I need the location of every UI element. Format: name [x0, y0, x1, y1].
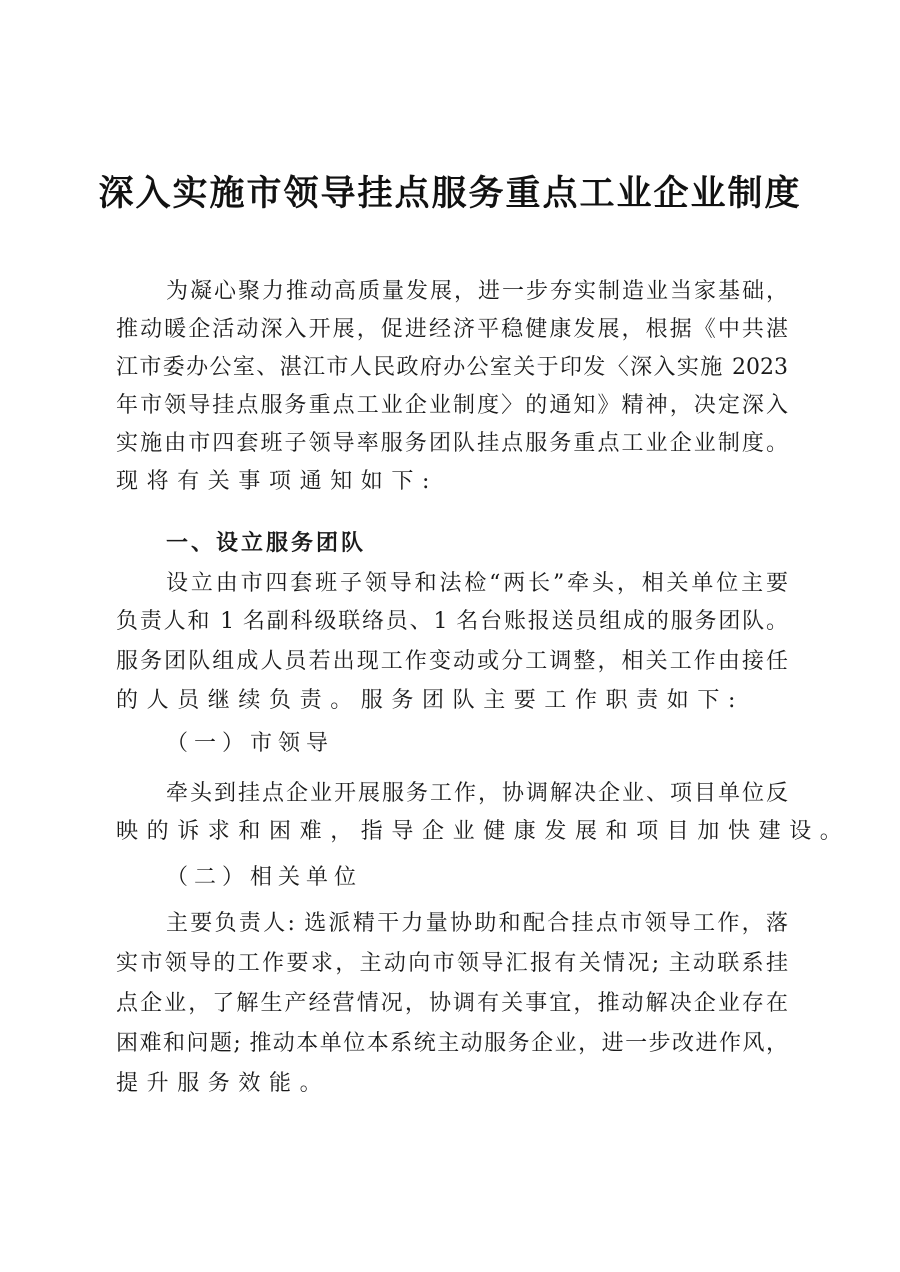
paragraph-4-line-2: 实市领导的工作要求，主动向市领导汇报有关情况; 主动联系挂	[116, 946, 788, 982]
section-heading-1: 一、设立服务团队	[166, 526, 788, 562]
paragraph-1-line-1: 为凝心聚力推动高质量发展，进一步夯实制造业当家基础，	[166, 274, 788, 310]
paragraph-4-line-3: 点企业，了解生产经营情况，协调有关事宜，推动解决企业存在	[116, 986, 788, 1022]
paragraph-2-line-3: 服务团队组成人员若出现工作变动或分工调整，相关工作由接任	[116, 644, 788, 680]
subsection-heading-2: （二）相关单位	[166, 860, 788, 896]
paragraph-4-line-5: 提升服务效能。	[116, 1066, 788, 1102]
document-title: 深入实施市领导挂点服务重点工业企业制度	[0, 166, 900, 216]
paragraph-4-line-1: 主要负责人: 选派精干力量协助和配合挂点市领导工作，落	[166, 906, 788, 942]
paragraph-2-line-2: 负责人和 1 名副科级联络员、1 名台账报送员组成的服务团队。	[116, 604, 788, 640]
document-page: 深入实施市领导挂点服务重点工业企业制度 为凝心聚力推动高质量发展，进一步夯实制造…	[0, 0, 900, 1272]
paragraph-4-line-4: 困难和问题; 推动本单位本系统主动服务企业，进一步改进作风，	[116, 1026, 788, 1062]
paragraph-3-line-2: 映的诉求和困难，指导企业健康发展和项目加快建设。	[116, 814, 788, 850]
subsection-heading-1: （一）市领导	[166, 726, 788, 762]
paragraph-2-line-1: 设立由市四套班子领导和法检“两长”牵头，相关单位主要	[166, 566, 788, 602]
paragraph-3-line-1: 牵头到挂点企业开展服务工作，协调解决企业、项目单位反	[166, 776, 788, 812]
paragraph-1-line-6: 现将有关事项通知如下:	[116, 464, 788, 500]
paragraph-1-line-4: 年市领导挂点服务重点工业企业制度〉的通知》精神，决定深入	[116, 388, 788, 424]
paragraph-1-line-5: 实施由市四套班子领导率服务团队挂点服务重点工业企业制度。	[116, 426, 788, 462]
paragraph-1-line-3: 江市委办公室、湛江市人民政府办公室关于印发〈深入实施 2023	[116, 350, 788, 386]
paragraph-2-line-4: 的人员继续负责。服务团队主要工作职责如下:	[116, 683, 788, 719]
paragraph-1-line-2: 推动暖企活动深入开展，促进经济平稳健康发展，根据《中共湛	[116, 312, 788, 348]
